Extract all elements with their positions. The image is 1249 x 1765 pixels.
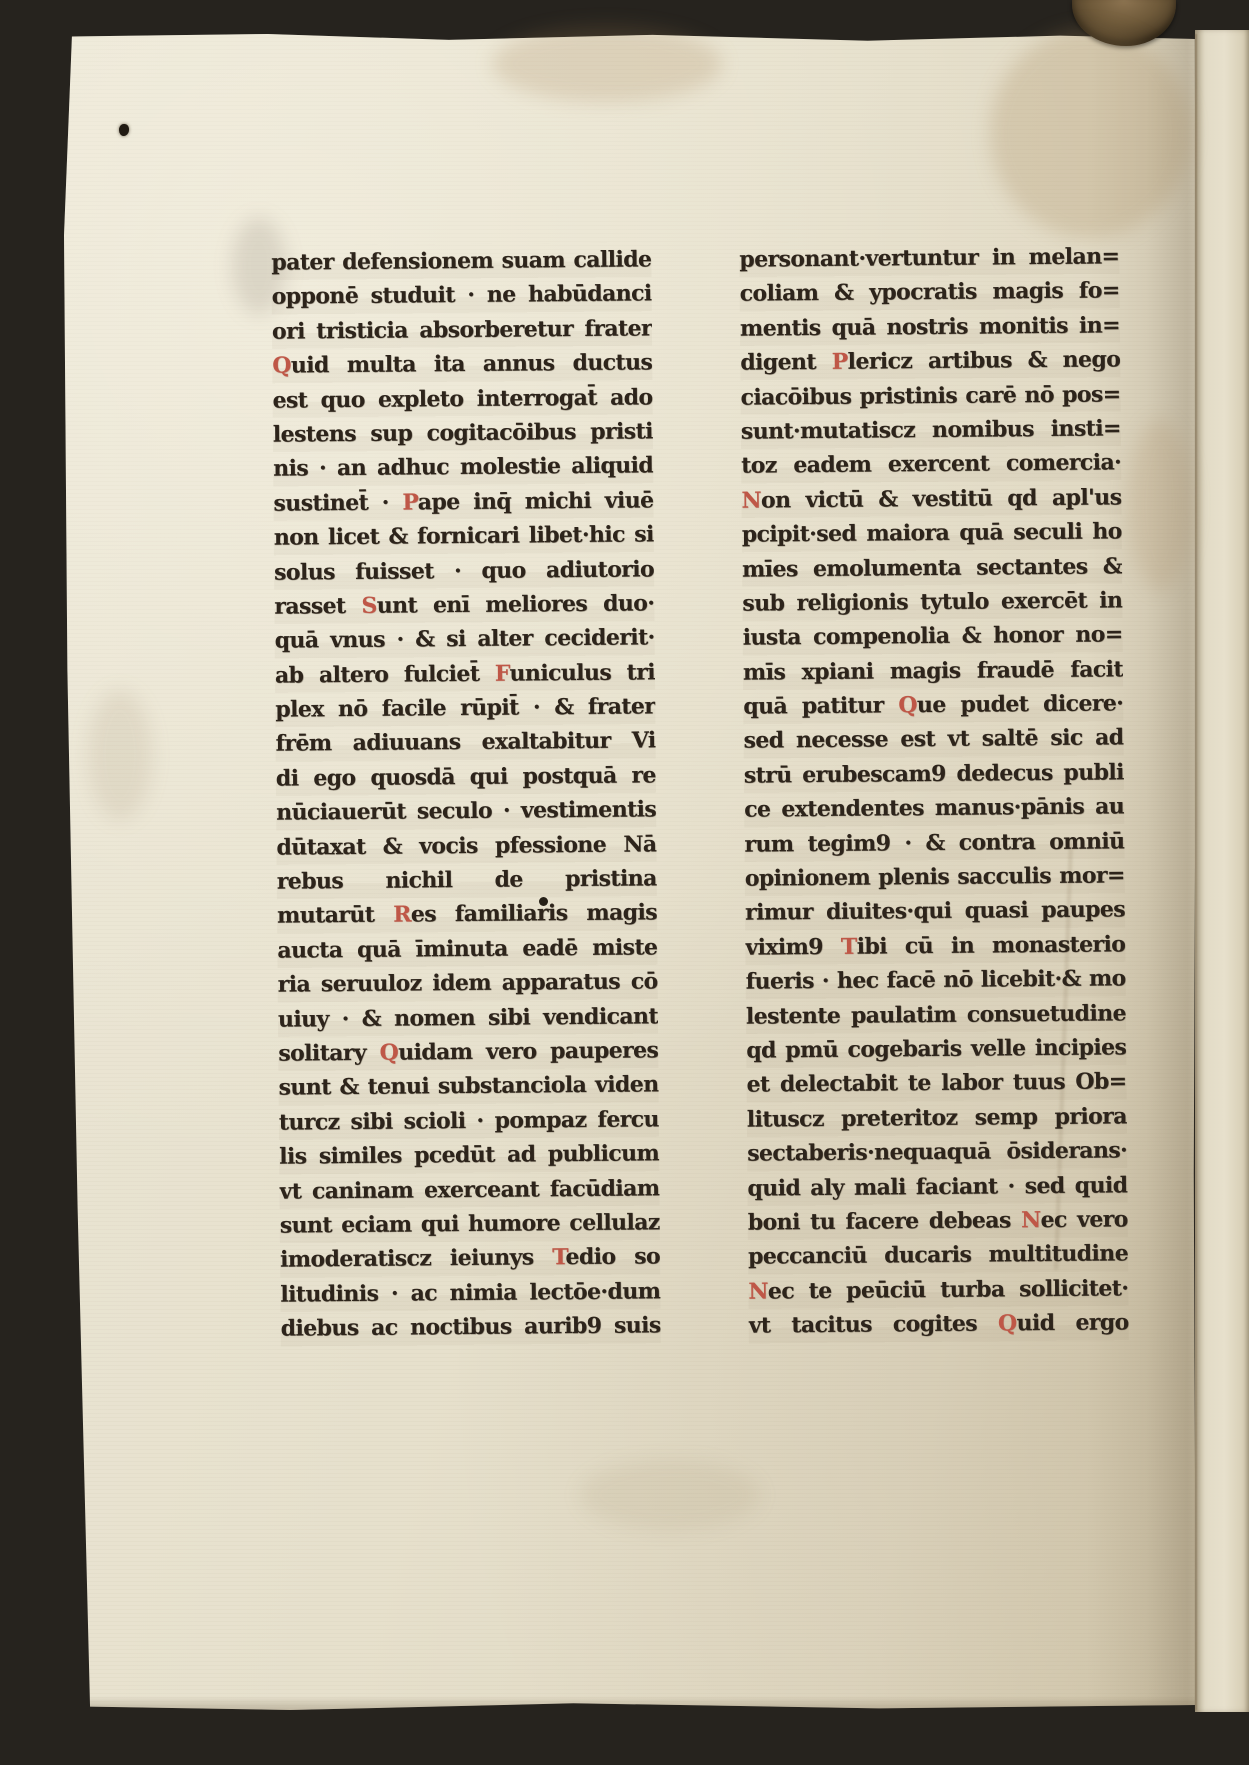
text-segment: ibi cū in monasterio [857,931,1126,959]
text-segment: nūciauerūt seculo · vestimentis [276,797,656,826]
text-line: lestente paulatim consuetudine [746,996,1126,1034]
text-line: nis · an adhuc molestie aliquid [273,449,653,487]
text-line: qd pmū cogebaris velle incipies [746,1030,1126,1068]
text-column-left: pater defensionem suam callideopponē stu… [271,242,661,1346]
text-segment: sub religionis tytulo exercēt in [742,587,1122,616]
text-segment: sustinet̄ · [273,489,402,516]
text-line: quā vnus · & si alter ceciderit· [275,621,655,659]
rubricated-letter: N [1021,1207,1041,1233]
text-line: sunt eciam qui humore cellulaz [280,1205,660,1243]
text-segment: opponē studuit · ne habūdanci [272,281,652,310]
paper-stain [580,1460,760,1530]
text-line: nūciauerūt seculo · vestimentis [276,793,656,831]
text-line: quid aly mali faciant · sed quid [747,1168,1127,1206]
text-segment: digent [740,349,832,376]
text-segment: mīs xpiani magis fraudē facit [743,656,1123,685]
text-segment: ue pudet dicere· [917,690,1124,718]
text-segment: nis · an adhuc molestie aliquid [273,453,653,482]
text-segment: toz eadem exercent comercia· [741,450,1121,479]
text-segment: lis similes pcedūt ad publicum [279,1140,659,1169]
text-line: iusta compenolia & honor no= [743,618,1123,656]
text-line: mīes emolumenta sectantes & [742,549,1122,587]
next-page-edge [1195,30,1249,1712]
text-line: est quo expleto interrogat̄ ado [272,380,652,418]
text-segment: ec vero [1040,1206,1127,1233]
text-line: non licet & fornicari libet·hic si [274,517,654,555]
text-segment: dūtaxat & vocis pfessione Nā [276,831,656,860]
text-segment: mīes emolumenta sectantes & [742,553,1122,582]
text-segment: edio so [565,1244,660,1271]
text-segment: ape inq̄ michi viuē [418,487,654,515]
rubricated-letter: Q [379,1040,398,1066]
text-line: boni tu facere debeas Nec vero [748,1202,1128,1240]
rubricated-letter: Q [998,1310,1017,1336]
text-segment: opinionem plenis sacculis mor= [745,862,1125,891]
text-line: mentis quā nostris monitis in= [740,308,1120,346]
text-line: vt caninam exerceant facūdiam [279,1171,659,1209]
text-segment: unt enī meliores duo· [377,590,655,618]
text-segment: et delectabit te labor tuus Ob= [746,1069,1126,1098]
text-segment: uiuy · & nomen sibi vendicant [278,1003,658,1032]
text-segment: pater defensionem suam callide [271,246,651,275]
text-line: aucta quā īminuta eadē miste [277,930,657,968]
text-segment: ec te peūciū turba sollicitet· [768,1275,1129,1304]
text-segment: solus fuisset · quo adiutorio supe [274,556,654,590]
text-line: imoderatiscz ieiunys Tedio so [280,1240,660,1278]
text-segment: sectaberis·nequaquā ōsiderans· [747,1137,1127,1166]
rubricated-letter: S [361,593,377,619]
text-segment: solitary [278,1040,380,1067]
rubricated-letter: F [495,660,510,686]
text-segment: quā vnus · & si alter ceciderit· [275,625,655,654]
rubricated-letter: Q [272,353,291,379]
rubricated-letter: T [552,1244,565,1270]
rubricated-letter: T [841,933,857,959]
text-segment: personant·vertuntur in melan= [739,243,1119,272]
text-segment: vt caninam exerceant facūdiam [279,1175,659,1204]
text-line: lituscz preteritoz semp priora [747,1099,1127,1137]
text-line: solitary Quidam vero pauperes [278,1033,658,1071]
text-line: lestens sup cogitacōibus pristi [273,414,653,452]
text-line: sed necesse est vt saltē sic ad no= [743,721,1123,759]
text-line: sectaberis·nequaquā ōsiderans· [747,1133,1127,1171]
text-line: toz eadem exercent comercia· [741,446,1121,484]
text-segment: strū erubescam9 dedecus publi [744,759,1124,788]
text-line: turcz sibi scioli · pompaz fercu [279,1102,659,1140]
paper-stain [990,28,1190,238]
text-line: ciacōibus pristinis carē nō pos= [740,377,1120,415]
text-segment: est quo expleto interrogat̄ ado [272,384,652,413]
text-line: mīs xpiani magis fraudē facit [743,652,1123,690]
text-column-right: personant·vertuntur in melan=coliam & yp… [739,239,1129,1343]
text-segment: litudinis · ac nimia lectōe·dum [280,1278,660,1307]
text-line: Nec te peūciū turba sollicitet· [748,1271,1128,1309]
text-segment: mentis quā nostris monitis in= [740,312,1120,341]
paper-stain [492,26,722,102]
text-segment: uid multa ita annus ductus [291,350,653,379]
text-line: lis similes pcedūt ad publicum [279,1136,659,1174]
text-line: uiuy · & nomen sibi vendicant [278,999,658,1037]
text-segment: sed necesse est vt saltē sic ad no= [743,725,1123,759]
text-line: rasset Sunt enī meliores duo· [274,586,654,624]
text-line: pcipit·sed maiora quā seculi ho [742,514,1122,552]
text-segment: boni tu facere debeas [748,1207,1021,1235]
text-segment: uniculus tri [509,659,655,686]
text-segment: coliam & ypocratis magis fo= [740,278,1120,307]
text-line: rimur diuites·qui quasi paupes [745,893,1125,931]
text-line: personant·vertuntur in melan= [739,239,1119,277]
text-segment: diebus ac noctibus aurib9 suis [281,1312,661,1341]
text-line: coliam & ypocratis magis fo= [740,274,1120,312]
text-line: di ego quosdā qui postquā re [276,758,656,796]
page-crease [1195,34,1197,1710]
rubricated-letter: P [402,489,418,515]
text-segment: non licet & fornicari libet·hic si [274,521,654,550]
text-line: pater defensionem suam callide [271,242,651,280]
text-segment: turcz sibi scioli · pompaz fercu [279,1106,659,1135]
text-line: sub religionis tytulo exercēt in [742,583,1122,621]
text-segment: lericz artibus & nego [848,347,1121,375]
text-line: quā patitur Que pudet dicere· [743,686,1123,724]
text-segment: fueris · hec facē nō licebit·& mo [746,966,1126,995]
text-segment: quid aly mali faciant · sed quid [747,1172,1127,1201]
text-line: sustinet̄ · Pape inq̄ michi viuē [273,483,653,521]
manuscript-scan: pater defensionem suam callideopponē stu… [0,0,1249,1765]
text-segment: rebus nichil de pristina ōuersacōe [277,865,657,899]
text-segment: ria seruuloz idem apparatus cō [278,969,658,998]
text-segment: di ego quosdā qui postquā re [276,762,656,791]
text-segment: peccanciū ducaris multitudine [748,1241,1128,1270]
text-line: opponē studuit · ne habūdanci [272,277,652,315]
text-line: diebus ac noctibus aurib9 suis [281,1308,661,1346]
text-segment: vt tacitus cogites [749,1311,998,1339]
text-segment: ce extendentes manus·pānis au [744,794,1124,823]
text-segment: rimur diuites·qui quasi paupes [745,897,1125,926]
text-segment: iusta compenolia & honor no= [743,622,1123,651]
text-segment: ori tristicia absorberetur frater [272,315,652,344]
text-line: vixim9 Tibi cū in monasterio [745,927,1125,965]
text-line: litudinis · ac nimia lectōe·dum [280,1274,660,1312]
text-line: vt tacitus cogites Quid ergo [749,1305,1129,1343]
text-segment: on victū & vestitū qd apl'us [761,484,1122,513]
text-line: plex nō facile rūpit̄ · & frater [275,689,655,727]
text-line: solus fuisset · quo adiutorio supe [274,552,654,590]
text-line: et delectabit te labor tuus Ob= [746,1065,1126,1103]
text-segment: plex nō facile rūpit̄ · & frater [275,693,655,722]
text-line: strū erubescam9 dedecus publi [744,755,1124,793]
text-segment: rasset [274,593,361,620]
text-segment: sunt·mutatiscz nomibus insti= [741,415,1121,444]
text-line: dūtaxat & vocis pfessione Nā [276,827,656,865]
text-line: opinionem plenis sacculis mor= [745,858,1125,896]
text-line: fueris · hec facē nō licebit·& mo [746,962,1126,1000]
text-segment: pcipit·sed maiora quā seculi ho [742,518,1122,547]
text-line: ab altero fulciet̄ Funiculus tri [275,655,655,693]
paper-stain [1128,420,1192,590]
text-segment: aucta quā īminuta eadē miste [277,934,657,963]
text-segment: lituscz preteritoz semp priora [747,1103,1127,1132]
rubricated-letter: N [741,487,761,513]
rubricated-letter: N [748,1278,768,1304]
rubricated-letter: P [832,349,848,375]
text-segment: imoderatiscz ieiunys [280,1245,552,1273]
text-segment: es familiaris magis [411,900,657,928]
rubricated-letter: R [393,902,411,928]
text-line: sunt·mutatiscz nomibus insti= [741,411,1121,449]
text-line: sunt & tenui substanciola viden [278,1068,658,1106]
text-line: ori tristicia absorberetur frater [272,311,652,349]
text-segment: qd pmū cogebaris velle incipies [746,1034,1126,1063]
text-segment: sunt & tenui substanciola viden [278,1072,658,1101]
page-bottom-shade [64,1696,1196,1710]
text-line: peccanciū ducaris multitudine [748,1237,1128,1275]
text-segment: ciacōibus pristinis carē nō pos= [740,381,1120,410]
text-segment: sunt eciam qui humore cellulaz [280,1209,660,1238]
text-segment: quā patitur [743,692,898,719]
text-segment: lestente paulatim consuetudine [746,1000,1126,1029]
text-segment: ab altero fulciet̄ [275,660,495,688]
text-segment: uid ergo [1016,1309,1128,1336]
text-segment: frēm adiuuans exaltabitur Vi [275,728,655,757]
rubricated-letter: Q [898,692,917,718]
text-segment: lestens sup cogitacōibus pristi [273,418,653,447]
text-line: rebus nichil de pristina ōuersacōe [277,861,657,899]
text-line: mutarūt Res familiaris magis [277,896,657,934]
text-line: frēm adiuuans exaltabitur Vi [275,724,655,762]
paper-stain [88,690,152,820]
text-segment: uidam vero pauperes [398,1037,658,1065]
text-segment: vixim9 [745,934,841,961]
text-segment: mutarūt [277,902,393,929]
text-line: rum tegim9 · & contra omniū [744,824,1124,862]
text-line: ria seruuloz idem apparatus cō [278,965,658,1003]
text-line: digent Plericz artibus & nego [740,343,1120,381]
text-segment: rum tegim9 · & contra omniū [744,828,1124,857]
text-line: ce extendentes manus·pānis au [744,790,1124,828]
text-line: Non victū & vestitū qd apl'us [741,480,1121,518]
text-line: Quid multa ita annus ductus [272,346,652,384]
